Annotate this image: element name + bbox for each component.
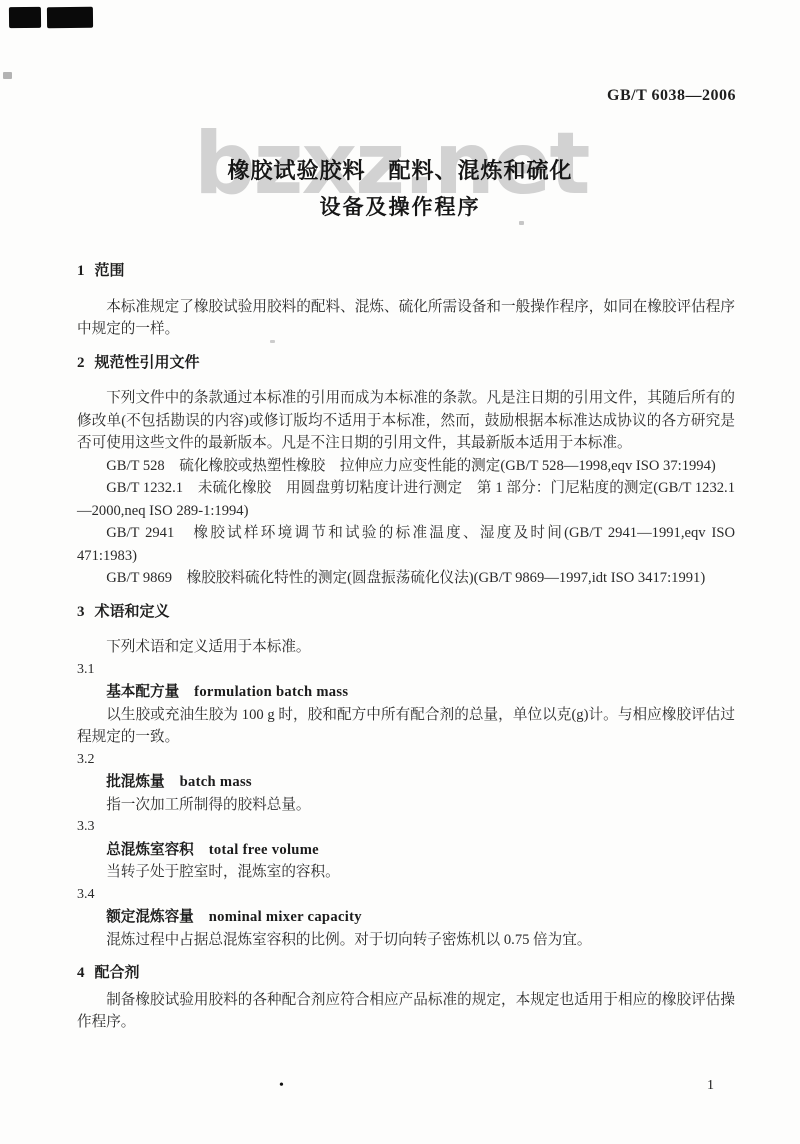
page-footer: • 1 (77, 1076, 735, 1098)
term-3-1-cn: 基本配方量 (106, 684, 179, 700)
page-number: 1 (707, 1076, 714, 1096)
section-2-label: 规范性引用文件 (95, 355, 200, 371)
section-1-paragraph: 本标准规定了橡胶试验用胶料的配料、混炼、硫化所需设备和一般操作程序，如同在橡胶评… (77, 296, 735, 341)
section-1-label: 范围 (95, 263, 125, 279)
term-3-3-definition: 当转子处于腔室时，混炼室的容积。 (77, 861, 735, 884)
term-3-2-en: batch mass (180, 774, 252, 790)
clause-number-3-4: 3.4 (77, 884, 735, 907)
term-3-1-definition: 以生胶或充油生胶为 100 g 时，胶和配方中所有配合剂的总量，单位以克(g)计… (77, 704, 735, 749)
section-3-number: 3 (77, 604, 85, 620)
normative-reference: GB/T 2941 橡胶试样环境调节和试验的标准温度、湿度及时间(GB/T 29… (77, 522, 735, 567)
doc-title-line-1: 橡胶试验胶料 配料、混炼和硫化 (0, 158, 800, 184)
section-4-paragraph: 制备橡胶试验用胶料的各种配合剂应符合相应产品标准的规定，本规定也适用于相应的橡胶… (77, 989, 735, 1034)
section-2-intro: 下列文件中的条款通过本标准的引用而成为本标准的条款。凡是注日期的引用文件，其随后… (77, 387, 735, 455)
document-body: 1范围 本标准规定了橡胶试验用胶料的配料、混炼、硫化所需设备和一般操作程序，如同… (77, 260, 735, 1034)
term-3-1-en: formulation batch mass (194, 684, 348, 700)
scan-artifact-bar (9, 7, 41, 28)
clause-number-3-3: 3.3 (77, 816, 735, 839)
section-1-number: 1 (77, 263, 85, 279)
normative-reference: GB/T 9869 橡胶胶料硫化特性的测定(圆盘振荡硫化仪法)(GB/T 986… (77, 567, 735, 590)
term-3-4-definition: 混炼过程中占据总混炼室容积的比例。对于切向转子密炼机以 0.75 倍为宜。 (77, 929, 735, 952)
section-4-number: 4 (77, 965, 85, 981)
section-4-heading: 4配合剂 (77, 962, 735, 985)
section-3-intro: 下列术语和定义适用于本标准。 (77, 636, 735, 659)
standard-code: GB/T 6038—2006 (607, 87, 736, 105)
section-3-label: 术语和定义 (95, 604, 170, 620)
term-3-4-en: nominal mixer capacity (209, 909, 362, 925)
term-3-2-cn: 批混炼量 (106, 774, 164, 790)
footer-bullet: • (279, 1076, 284, 1096)
term-3-4-cn: 额定混炼容量 (106, 909, 194, 925)
normative-reference: GB/T 1232.1 未硫化橡胶 用圆盘剪切粘度计进行测定 第 1 部分：门尼… (77, 477, 735, 522)
term-3-2: 批混炼量batch mass (77, 771, 735, 794)
scan-artifact-bar (47, 7, 93, 28)
section-4-label: 配合剂 (95, 965, 140, 981)
section-1-heading: 1范围 (77, 260, 735, 283)
term-3-3: 总混炼室容积total free volume (77, 839, 735, 862)
clause-number-3-2: 3.2 (77, 749, 735, 772)
doc-title-line-2: 设备及操作程序 (0, 195, 800, 220)
document-page: { "colors": { "watermark": "#d2d2d2", "a… (0, 0, 800, 1144)
scan-speck (519, 221, 524, 225)
clause-number-3-1: 3.1 (77, 659, 735, 682)
normative-reference: GB/T 528 硫化橡胶或热塑性橡胶 拉伸应力应变性能的测定(GB/T 528… (77, 455, 735, 478)
scan-speck (3, 72, 12, 79)
term-3-4: 额定混炼容量nominal mixer capacity (77, 906, 735, 929)
section-2-number: 2 (77, 355, 85, 371)
section-2-heading: 2规范性引用文件 (77, 352, 735, 375)
section-3-heading: 3术语和定义 (77, 601, 735, 624)
term-3-3-en: total free volume (209, 842, 319, 858)
term-3-1: 基本配方量formulation batch mass (77, 681, 735, 704)
term-3-3-cn: 总混炼室容积 (106, 842, 194, 858)
term-3-2-definition: 指一次加工所制得的胶料总量。 (77, 794, 735, 817)
